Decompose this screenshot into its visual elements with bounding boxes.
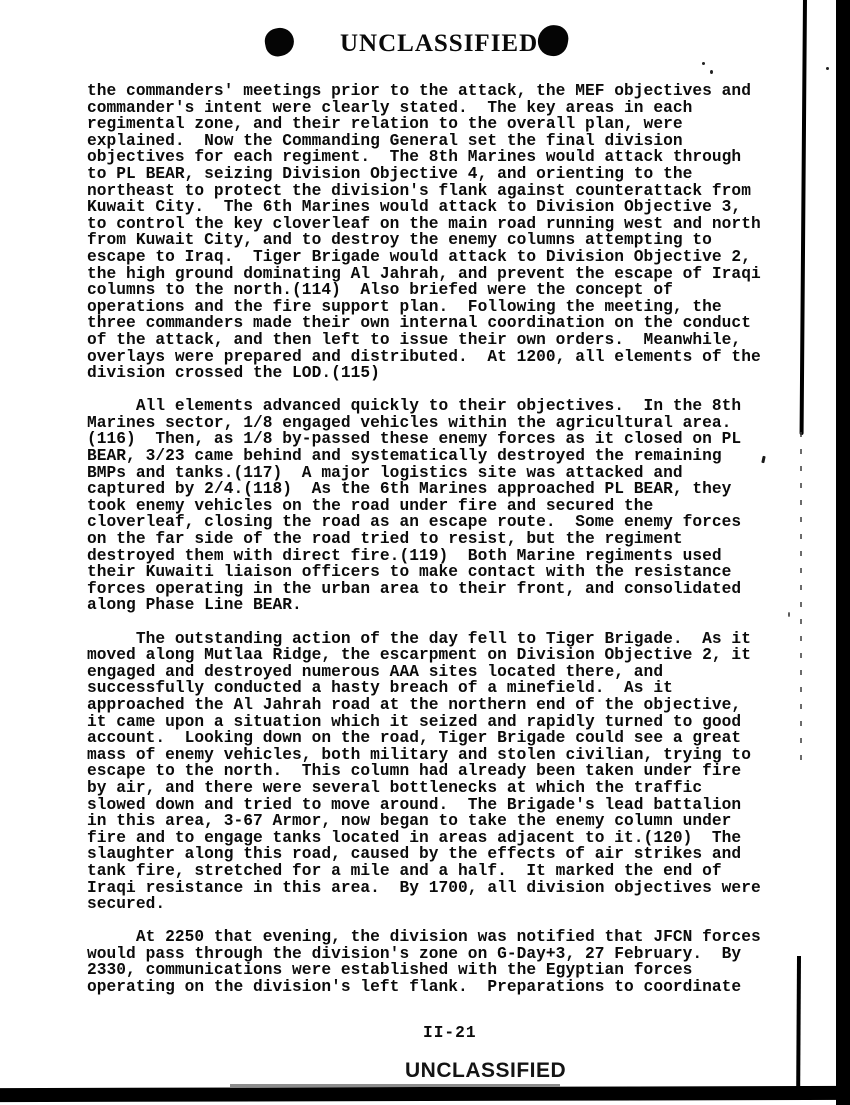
page-number: II-21: [423, 1024, 477, 1042]
scan-artifact-vertical-line-bottom: [796, 956, 801, 1092]
scan-speck: [826, 67, 829, 70]
scan-speck: [788, 612, 790, 617]
scan-speck: [702, 62, 705, 65]
scan-speck: [761, 456, 765, 463]
scan-artifact-bottom-smudge: [230, 1084, 560, 1087]
header-classification-title: UNCLASSIFIED: [340, 30, 538, 58]
stamp-dot-right-icon: [536, 23, 571, 59]
paragraph-4: At 2250 that evening, the division was n…: [87, 929, 761, 995]
document-page: UNCLASSIFIED the commanders' meetings pr…: [0, 0, 850, 1105]
scan-artifact-vertical-line-top: [800, 0, 807, 435]
paragraph-2: All elements advanced quickly to their o…: [87, 398, 761, 614]
paragraph-1: the commanders' meetings prior to the at…: [87, 83, 761, 382]
stamp-dot-left-icon: [262, 25, 296, 58]
scan-speck: [710, 70, 713, 74]
scan-artifact-right-edge-bar: [836, 0, 850, 1105]
scan-artifact-bottom-edge-bar: [0, 1086, 850, 1102]
scan-artifact-vertical-line-middle: [800, 432, 802, 762]
document-body: the commanders' meetings prior to the at…: [87, 83, 761, 1012]
paragraph-3: The outstanding action of the day fell t…: [87, 631, 761, 913]
footer-classification: UNCLASSIFIED: [405, 1059, 566, 1083]
